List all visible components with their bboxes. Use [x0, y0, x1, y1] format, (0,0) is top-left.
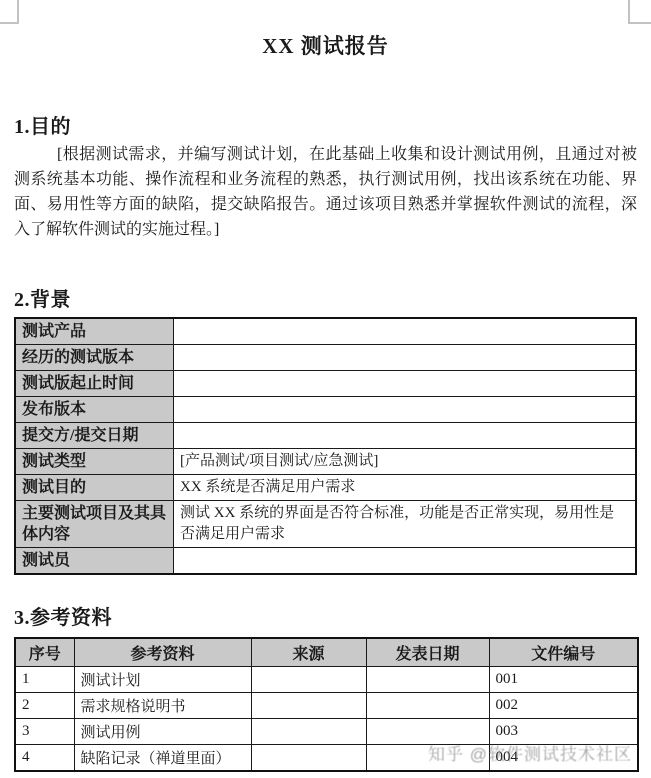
cell-no: 1	[15, 667, 74, 693]
document-title: XX 测试报告	[0, 30, 651, 60]
row-value-cell	[174, 345, 637, 371]
table-header-row: 序号 参考资料 来源 发表日期 文件编号	[15, 638, 638, 667]
column-header: 参考资料	[74, 638, 251, 667]
row-label-cell: 提交方/提交日期	[15, 423, 174, 449]
table-row: 1 测试计划 001	[15, 667, 638, 693]
row-label-cell: 测试产品	[15, 318, 174, 345]
column-header: 序号	[15, 638, 74, 667]
cell-no: 3	[15, 719, 74, 745]
heading-purpose: 1.目的	[14, 110, 71, 139]
cell-file-no: 001	[489, 667, 638, 693]
row-label-cell: 测试目的	[15, 475, 174, 501]
cell-source	[251, 719, 366, 745]
cell-date	[366, 667, 489, 693]
row-value-cell: XX 系统是否满足用户需求	[174, 475, 637, 501]
zhihu-watermark: 知乎 @软件测试技术社区	[428, 740, 643, 765]
table-row: 测试员	[15, 548, 636, 575]
table-row: 经历的测试版本	[15, 345, 636, 371]
table-row: 测试目的 XX 系统是否满足用户需求	[15, 475, 636, 501]
row-label-cell: 测试版起止时间	[15, 371, 174, 397]
row-value-cell: 测试 XX 系统的界面是否符合标准，功能是否正常实现，易用性是否满足用户需求	[174, 501, 637, 548]
cell-name: 需求规格说明书	[74, 693, 251, 719]
cell-source	[251, 745, 366, 772]
column-header: 文件编号	[489, 638, 638, 667]
table-row: 2 需求规格说明书 002	[15, 693, 638, 719]
cell-name: 缺陷记录（禅道里面）	[74, 745, 251, 772]
row-value-cell	[174, 371, 637, 397]
cell-file-no: 002	[489, 693, 638, 719]
cell-date	[366, 693, 489, 719]
row-value-cell	[174, 318, 637, 345]
table-row: 提交方/提交日期	[15, 423, 636, 449]
row-label-cell: 测试员	[15, 548, 174, 575]
table-row: 测试产品	[15, 318, 636, 345]
row-value-cell	[174, 548, 637, 575]
cell-name: 测试用例	[74, 719, 251, 745]
page-margin-mark-top-left	[0, 0, 19, 24]
heading-references: 3.参考资料	[14, 601, 112, 630]
purpose-paragraph: [根据测试需求，并编写测试计划，在此基础上收集和设计测试用例，且通过对被测系统基…	[14, 142, 637, 242]
table-row: 测试版起止时间	[15, 371, 636, 397]
row-value-cell	[174, 397, 637, 423]
row-label-cell: 发布版本	[15, 397, 174, 423]
row-value-cell: [产品测试/项目测试/应急测试]	[174, 449, 637, 475]
cell-name: 测试计划	[74, 667, 251, 693]
heading-background: 2.背景	[14, 283, 71, 312]
row-label-cell: 测试类型	[15, 449, 174, 475]
page-margin-mark-top-right	[628, 0, 651, 24]
row-label-cell: 经历的测试版本	[15, 345, 174, 371]
background-table: 测试产品 经历的测试版本 测试版起止时间 发布版本 提交方/提交日期 测试类型 …	[14, 317, 637, 575]
document-page: XX 测试报告 1.目的 [根据测试需求，并编写测试计划，在此基础上收集和设计测…	[0, 0, 651, 778]
cell-no: 4	[15, 745, 74, 772]
row-label-cell: 主要测试项目及其具体内容	[15, 501, 174, 548]
cell-source	[251, 667, 366, 693]
table-row: 主要测试项目及其具体内容 测试 XX 系统的界面是否符合标准，功能是否正常实现，…	[15, 501, 636, 548]
table-row: 测试类型 [产品测试/项目测试/应急测试]	[15, 449, 636, 475]
cell-source	[251, 693, 366, 719]
table-row: 发布版本	[15, 397, 636, 423]
column-header: 发表日期	[366, 638, 489, 667]
column-header: 来源	[251, 638, 366, 667]
row-value-cell	[174, 423, 637, 449]
cell-no: 2	[15, 693, 74, 719]
